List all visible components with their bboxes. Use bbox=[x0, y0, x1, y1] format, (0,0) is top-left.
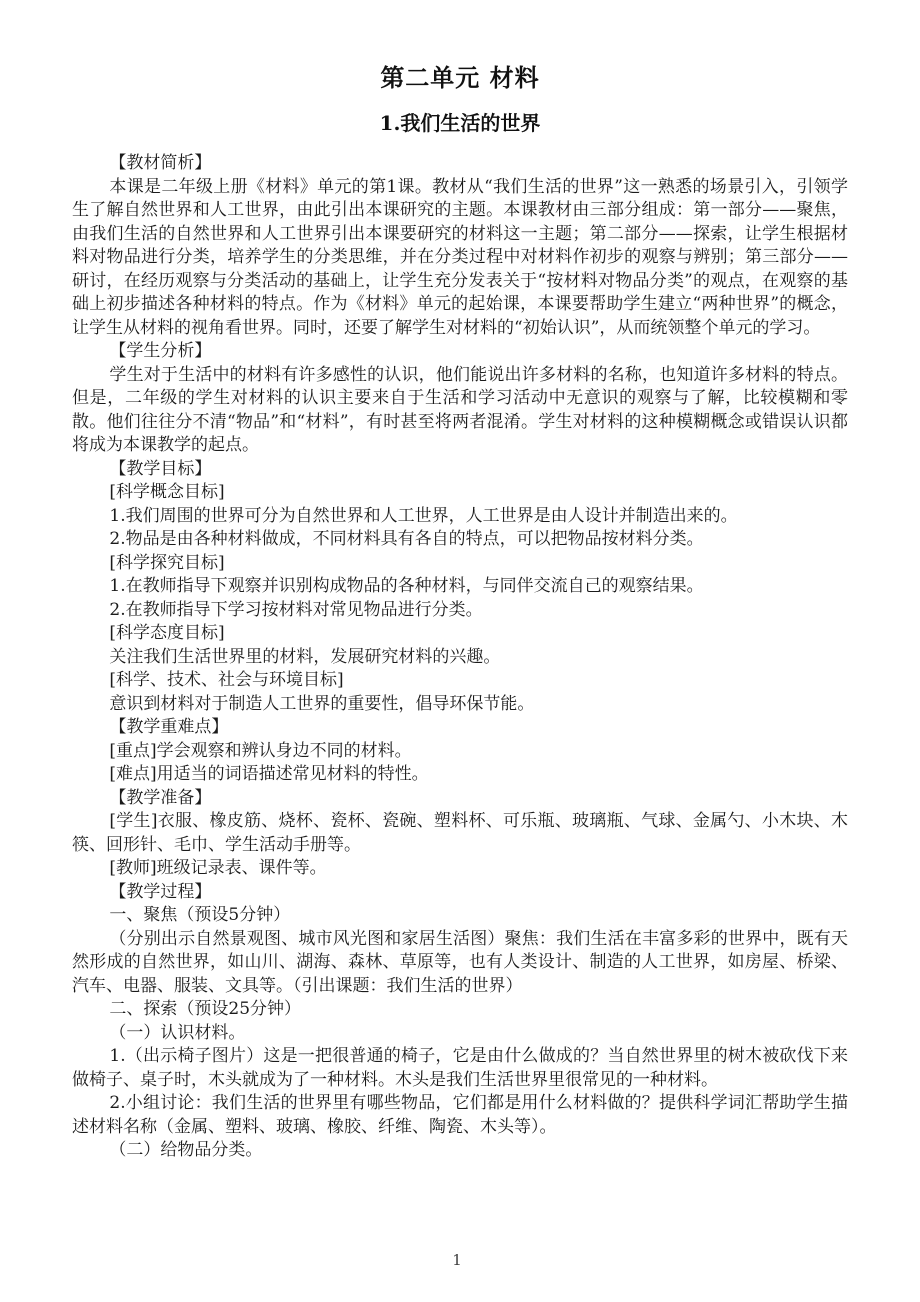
paragraph: 1.在教师指导下观察并识别构成物品的各种材料，与同伴交流自己的观察结果。 bbox=[72, 575, 848, 599]
paragraph: [重点]学会观察和辨认身边不同的材料。 bbox=[72, 740, 848, 764]
paragraph: [科学态度目标] bbox=[72, 622, 848, 646]
paragraph: 一、聚焦（预设5分钟） bbox=[72, 904, 848, 928]
lesson-title: 1.我们生活的世界 bbox=[72, 110, 848, 137]
paragraph: 【教材简析】 bbox=[72, 152, 848, 176]
document-body: 【教材简析】本课是二年级上册《材料》单元的第1课。教材从“我们生活的世界”这一熟… bbox=[72, 152, 848, 1163]
paragraph: 意识到材料对于制造人工世界的重要性，倡导环保节能。 bbox=[72, 693, 848, 717]
paragraph: [难点]用适当的词语描述常见材料的特性。 bbox=[72, 763, 848, 787]
paragraph: 【教学目标】 bbox=[72, 458, 848, 482]
paragraph: 二、探索（预设25分钟） bbox=[72, 998, 848, 1022]
paragraph: 关注我们生活世界里的材料，发展研究材料的兴趣。 bbox=[72, 646, 848, 670]
page-number: 1 bbox=[0, 1252, 914, 1268]
paragraph: 【教学准备】 bbox=[72, 787, 848, 811]
paragraph: [科学概念目标] bbox=[72, 481, 848, 505]
paragraph: [科学探究目标] bbox=[72, 552, 848, 576]
paragraph: 学生对于生活中的材料有许多感性的认识，他们能说出许多材料的名称，也知道许多材料的… bbox=[72, 364, 848, 458]
paragraph: 【教学重难点】 bbox=[72, 716, 848, 740]
paragraph: 本课是二年级上册《材料》单元的第1课。教材从“我们生活的世界”这一熟悉的场景引入… bbox=[72, 176, 848, 341]
paragraph: [学生]衣服、橡皮筋、烧杯、瓷杯、瓷碗、塑料杯、可乐瓶、玻璃瓶、气球、金属勺、小… bbox=[72, 810, 848, 857]
paragraph: 2.在教师指导下学习按材料对常见物品进行分类。 bbox=[72, 599, 848, 623]
document-page: 第二单元 材料 1.我们生活的世界 【教材简析】本课是二年级上册《材料》单元的第… bbox=[0, 0, 920, 1302]
paragraph: （分别出示自然景观图、城市风光图和家居生活图）聚焦：我们生活在丰富多彩的世界中，… bbox=[72, 928, 848, 999]
paragraph: 【学生分析】 bbox=[72, 340, 848, 364]
unit-title: 第二单元 材料 bbox=[72, 62, 848, 94]
paragraph: （二）给物品分类。 bbox=[72, 1139, 848, 1163]
paragraph: 【教学过程】 bbox=[72, 881, 848, 905]
paragraph: 2.小组讨论：我们生活的世界里有哪些物品，它们都是用什么材料做的？提供科学词汇帮… bbox=[72, 1092, 848, 1139]
paragraph: 1.我们周围的世界可分为自然世界和人工世界，人工世界是由人设计并制造出来的。 bbox=[72, 505, 848, 529]
paragraph: 2.物品是由各种材料做成，不同材料具有各自的特点，可以把物品按材料分类。 bbox=[72, 528, 848, 552]
paragraph: （一）认识材料。 bbox=[72, 1022, 848, 1046]
paragraph: [教师]班级记录表、课件等。 bbox=[72, 857, 848, 881]
paragraph: [科学、技术、社会与环境目标] bbox=[72, 669, 848, 693]
paragraph: 1.（出示椅子图片）这是一把很普通的椅子，它是由什么做成的？当自然世界里的树木被… bbox=[72, 1045, 848, 1092]
